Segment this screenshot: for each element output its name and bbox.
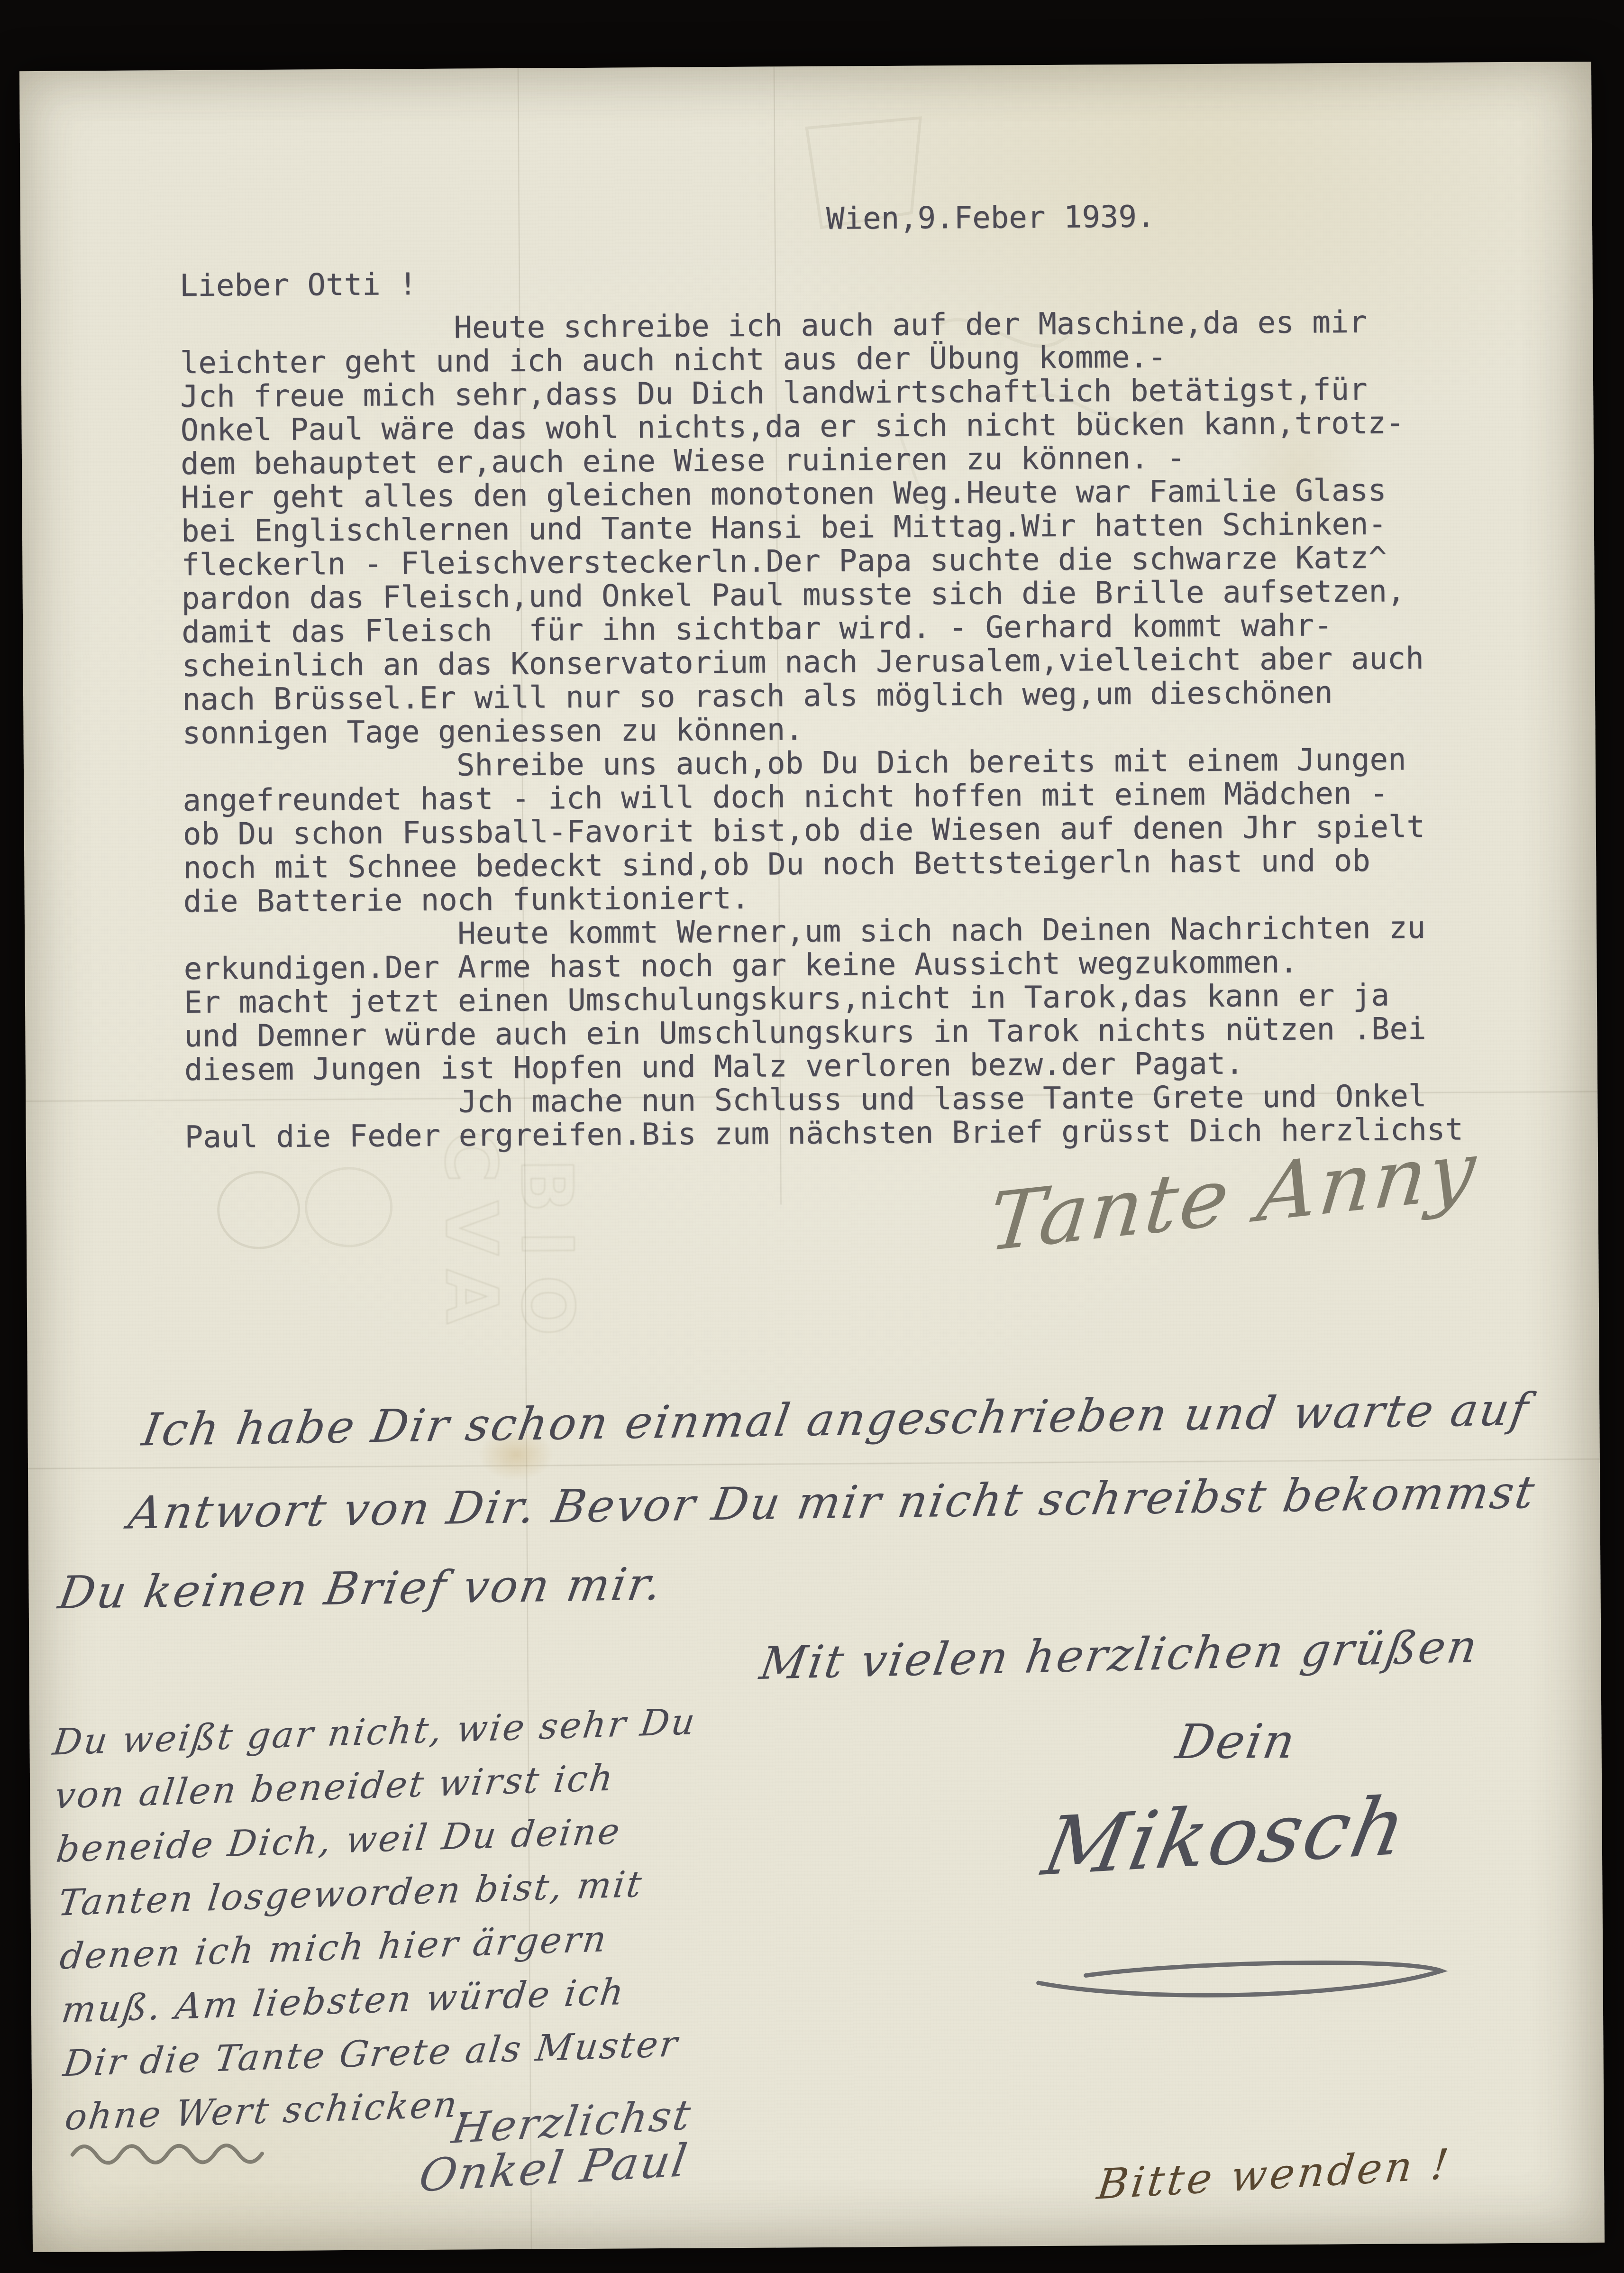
dateline: Wien,9.Feber 1939.	[826, 201, 1155, 236]
watermark-ghost-letters: BIO	[505, 1158, 589, 1354]
closing-dein: Dein	[1172, 1714, 1301, 1770]
signature-flourish	[1024, 1947, 1470, 2012]
scan-background: CVA BIO Wien,9.Feber 1939. Lieber Otti !…	[0, 0, 1624, 2273]
letter-page: CVA BIO Wien,9.Feber 1939. Lieber Otti !…	[19, 62, 1605, 2252]
signature-mikosch: Mikosch	[1036, 1779, 1415, 1894]
typed-body: Heute schreibe ich auch auf der Maschine…	[180, 305, 1512, 1155]
underline-squiggle	[68, 2132, 295, 2172]
closing-greeting: Mit vielen herzlichen grüßen	[757, 1621, 1482, 1690]
watermark-circles	[206, 1155, 406, 1265]
handwritten-note-line: Du keinen Brief von mir.	[55, 1558, 667, 1619]
fold-crease-horizontal	[28, 1458, 1600, 1470]
handwritten-note-line: Antwort von Dir. Bevor Du mir nicht schr…	[125, 1466, 1540, 1540]
salutation: Lieber Otti !	[180, 268, 417, 303]
handwritten-left-note: Du weißt gar nicht, wie sehr Du von alle…	[53, 1695, 710, 2144]
handwritten-note-line: Ich habe Dir schon einmal angeschrieben …	[138, 1384, 1533, 1456]
flip-note: Bitte wenden !	[1095, 2139, 1454, 2209]
watermark-ghost-letters: CVA	[429, 1130, 513, 1342]
